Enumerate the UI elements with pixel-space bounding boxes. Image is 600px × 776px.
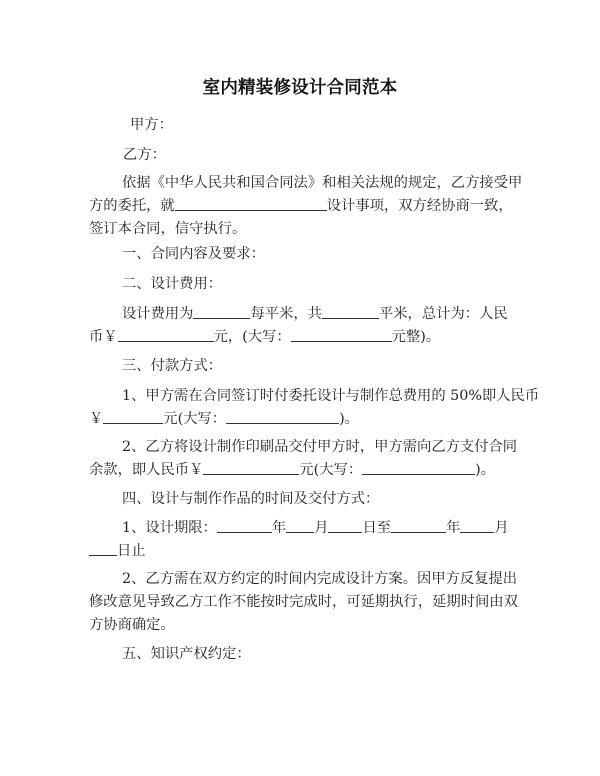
delivery-line-2: 修改意见导致乙方工作不能按时完成时，可延期执行，延期时间由双: [89, 591, 511, 614]
payment-text: ￥: [89, 411, 103, 427]
area-sqm-blank[interactable]: [322, 304, 379, 319]
fee-text: 每平米，共: [250, 306, 321, 322]
total-amount-words-blank[interactable]: [291, 327, 392, 342]
end-day-blank[interactable]: [89, 541, 117, 556]
price-per-sqm-blank[interactable]: [193, 304, 250, 319]
preamble-text: 设计事项，双方经协商一致，: [327, 198, 513, 214]
period-text: 年: [272, 520, 286, 536]
preamble-line-2: 方的委托，就设计事项，双方经协商一致，: [89, 195, 511, 218]
payment-2-line-2: 余款，即人民币￥元(大写：)。: [89, 459, 511, 482]
payment-text: 元(大写：: [299, 462, 362, 478]
fee-text: 元，(大写：: [214, 329, 291, 345]
fee-text: 币￥: [89, 329, 118, 345]
section-5-heading: 五、知识产权约定：: [122, 643, 544, 666]
fee-line-1: 设计费用为每平米，共平米，总计为：人民: [122, 303, 544, 326]
end-year-blank[interactable]: [391, 518, 446, 533]
payment-text: 元(大写：: [163, 411, 226, 427]
preamble-text: 方的委托，就: [89, 198, 175, 214]
design-period-line-1: 1、设计期限：年月日至年月: [122, 517, 544, 540]
total-amount-blank[interactable]: [118, 327, 214, 342]
period-text: 日至: [362, 520, 391, 536]
deposit-amount-blank[interactable]: [103, 409, 163, 424]
payment-text: )。: [475, 462, 495, 478]
payment-1-line-2: ￥元(大写：)。: [89, 408, 511, 431]
start-year-blank[interactable]: [217, 518, 272, 533]
party-b-label: 乙方：: [123, 144, 545, 167]
design-period-line-2: 日止: [89, 540, 511, 563]
period-text: 月: [494, 520, 508, 536]
fee-text: 元整)。: [392, 329, 440, 345]
start-day-blank[interactable]: [328, 518, 362, 533]
fee-text: 设计费用为: [122, 306, 193, 322]
fee-line-2: 币￥元，(大写：元整)。: [89, 326, 511, 349]
project-name-blank[interactable]: [175, 196, 327, 211]
deposit-amount-words-blank[interactable]: [226, 409, 339, 424]
balance-amount-blank[interactable]: [203, 460, 299, 475]
period-text: 年: [446, 520, 460, 536]
party-a-label: 甲方：: [130, 114, 552, 137]
document-title: 室内精装修设计合同范本: [0, 76, 600, 100]
period-text: 1、设计期限：: [122, 520, 217, 536]
period-text: 月: [314, 520, 328, 536]
payment-1-line-1: 1、甲方需在合同签订时付委托设计与制作总费用的 50%即人民币: [122, 385, 544, 408]
document-page: 室内精装修设计合同范本 甲方： 乙方： 依据《中华人民共和国合同法》和相关法规的…: [0, 0, 600, 776]
delivery-line-1: 2、乙方需在双方约定的时间内完成设计方案。因甲方反复提出: [122, 568, 544, 591]
payment-2-line-1: 2、乙方将设计制作印刷品交付甲方时，甲方需向乙方支付合同: [122, 436, 544, 459]
payment-text: )。: [339, 411, 359, 427]
preamble-line-3: 签订本合同，信守执行。: [89, 218, 511, 241]
payment-text: 余款，即人民币￥: [89, 462, 203, 478]
section-1-heading: 一、合同内容及要求：: [122, 243, 544, 266]
start-month-blank[interactable]: [286, 518, 314, 533]
balance-amount-words-blank[interactable]: [362, 460, 475, 475]
fee-text: 平米，总计为：人民: [379, 306, 508, 322]
preamble-line-1: 依据《中华人民共和国合同法》和相关法规的规定，乙方接受甲: [122, 172, 544, 195]
section-3-heading: 三、付款方式：: [122, 355, 544, 378]
period-text: 日止: [117, 543, 146, 559]
section-2-heading: 二、设计费用：: [122, 273, 544, 296]
delivery-line-3: 方协商确定。: [89, 614, 511, 637]
end-month-blank[interactable]: [460, 518, 494, 533]
section-4-heading: 四、设计与制作作品的时间及交付方式：: [122, 488, 544, 511]
